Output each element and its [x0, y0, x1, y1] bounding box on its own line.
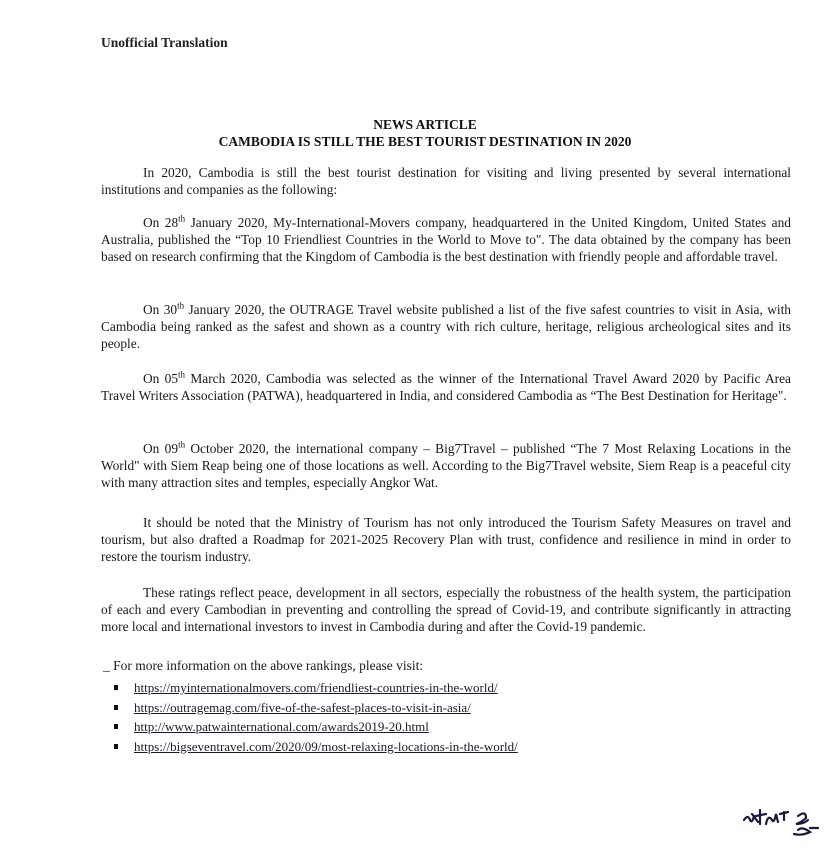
paragraph-text: In 2020, Cambodia is still the best tour…: [101, 165, 791, 197]
list-item: https://bigseventravel.com/2020/09/most-…: [112, 737, 518, 757]
paragraph-text: On 09: [143, 441, 178, 456]
paragraph-text: On 28: [143, 215, 178, 230]
list-item: https://outragemag.com/five-of-the-safes…: [112, 698, 518, 718]
link-patwainternational[interactable]: http://www.patwainternational.com/awards…: [134, 719, 429, 734]
article-title: NEWS ARTICLE CAMBODIA IS STILL THE BEST …: [0, 116, 830, 150]
bullet-icon: [114, 705, 118, 710]
paragraph-outrage: On 30th January 2020, the OUTRAGE Travel…: [101, 301, 791, 352]
link-bigseventravel[interactable]: https://bigseventravel.com/2020/09/most-…: [134, 739, 518, 754]
signature-icon: [740, 802, 830, 842]
paragraph-text: January 2020, My-International-Movers co…: [101, 215, 791, 264]
bullet-icon: [114, 744, 118, 749]
paragraph-intro: In 2020, Cambodia is still the best tour…: [101, 164, 791, 198]
paragraph-ministry: It should be noted that the Ministry of …: [101, 514, 791, 565]
header-note: Unofficial Translation: [101, 35, 228, 51]
source-link-list: https://myinternationalmovers.com/friend…: [112, 678, 518, 756]
title-kicker: NEWS ARTICLE: [20, 116, 830, 133]
bullet-icon: [114, 724, 118, 729]
paragraph-movers: On 28th January 2020, My-International-M…: [101, 214, 791, 265]
list-item: https://myinternationalmovers.com/friend…: [112, 678, 518, 698]
paragraph-text: On 30: [143, 302, 177, 317]
bullet-icon: [114, 685, 118, 690]
paragraph-text: March 2020, Cambodia was selected as the…: [101, 371, 791, 403]
link-myinternationalmovers[interactable]: https://myinternationalmovers.com/friend…: [134, 680, 498, 695]
paragraph-text: January 2020, the OUTRAGE Travel website…: [101, 302, 791, 351]
paragraph-conclusion: These ratings reflect peace, development…: [101, 584, 791, 635]
paragraph-text: These ratings reflect peace, development…: [101, 585, 791, 634]
more-info-label: _ For more information on the above rank…: [103, 658, 423, 674]
paragraph-text: It should be noted that the Ministry of …: [101, 515, 791, 564]
paragraph-big7travel: On 09th October 2020, the international …: [101, 440, 791, 491]
link-outragemag[interactable]: https://outragemag.com/five-of-the-safes…: [134, 700, 471, 715]
list-item: http://www.patwainternational.com/awards…: [112, 717, 518, 737]
title-headline: CAMBODIA IS STILL THE BEST TOURIST DESTI…: [20, 133, 830, 150]
paragraph-patwa: On 05th March 2020, Cambodia was selecte…: [101, 370, 791, 404]
ordinal-suffix: th: [178, 370, 185, 380]
paragraph-text: October 2020, the international company …: [101, 441, 791, 490]
paragraph-text: On 05: [143, 371, 178, 386]
